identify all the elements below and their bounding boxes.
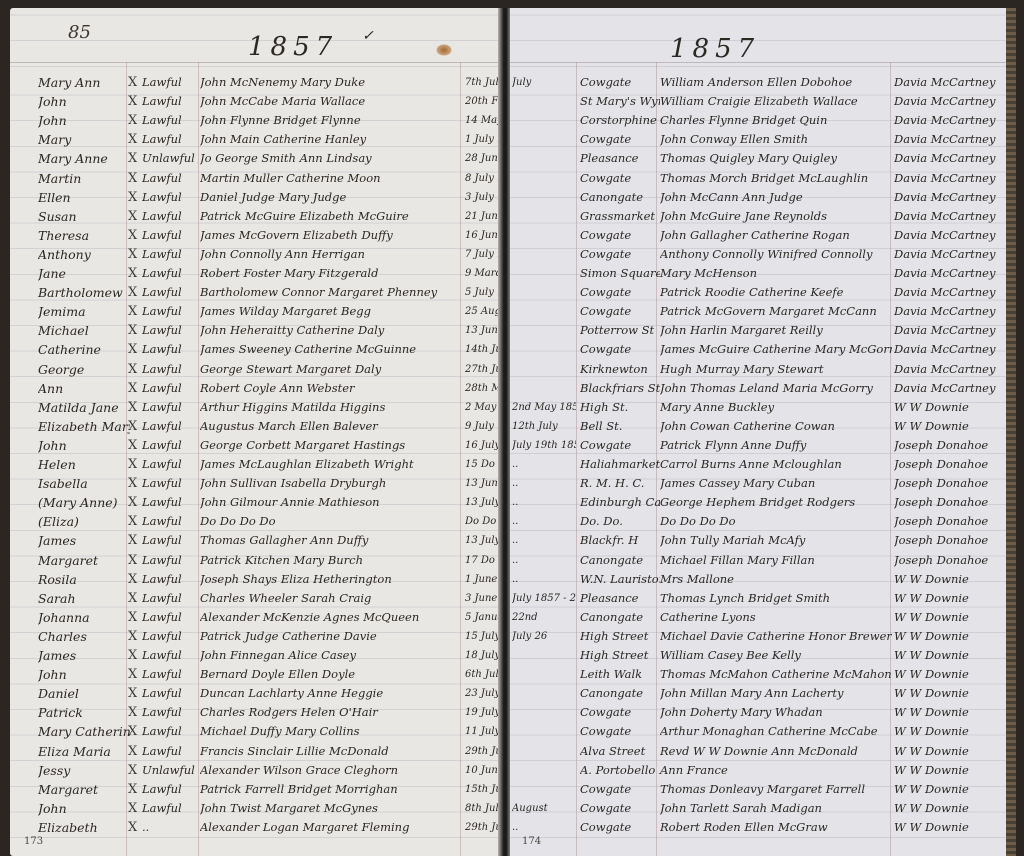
legitimacy-status: ..	[142, 815, 198, 840]
birth-date: 29th July	[465, 815, 500, 840]
officiating-priest: W W Downie	[894, 815, 1002, 840]
bottom-page-number: 174	[522, 836, 541, 847]
left-page-year: 1857	[248, 32, 338, 62]
residence: Cowgate	[580, 815, 660, 840]
register-book: 85 1857 ✓ Mary AnnXLawfulJohn McNenemy M…	[10, 8, 1016, 856]
page-edge	[1006, 8, 1016, 856]
bottom-page-number: 173	[24, 836, 43, 847]
right-page: 1857 JulyCowgateWilliam Anderson Ellen D…	[510, 8, 1006, 856]
left-page: 85 1857 ✓ Mary AnnXLawfulJohn McNenemy M…	[10, 8, 500, 856]
register-entry-row: ..CowgateRobert Roden Ellen McGrawW W Do…	[510, 815, 1006, 840]
header-rule	[10, 62, 500, 63]
parents-names: Alexander Logan Margaret Fleming	[200, 815, 468, 840]
right-page-year: 1857	[670, 34, 760, 64]
tick-mark-icon: ✓	[362, 28, 374, 44]
cross-mark-icon: X	[128, 815, 142, 840]
header-rule	[510, 62, 1006, 63]
child-name: Elizabeth	[38, 815, 130, 840]
ink-stain	[436, 44, 452, 56]
sponsors-names: Robert Roden Ellen McGraw	[660, 815, 892, 840]
folio-number: 85	[68, 22, 91, 43]
register-entry-row: ElizabethX..Alexander Logan Margaret Fle…	[10, 815, 500, 840]
